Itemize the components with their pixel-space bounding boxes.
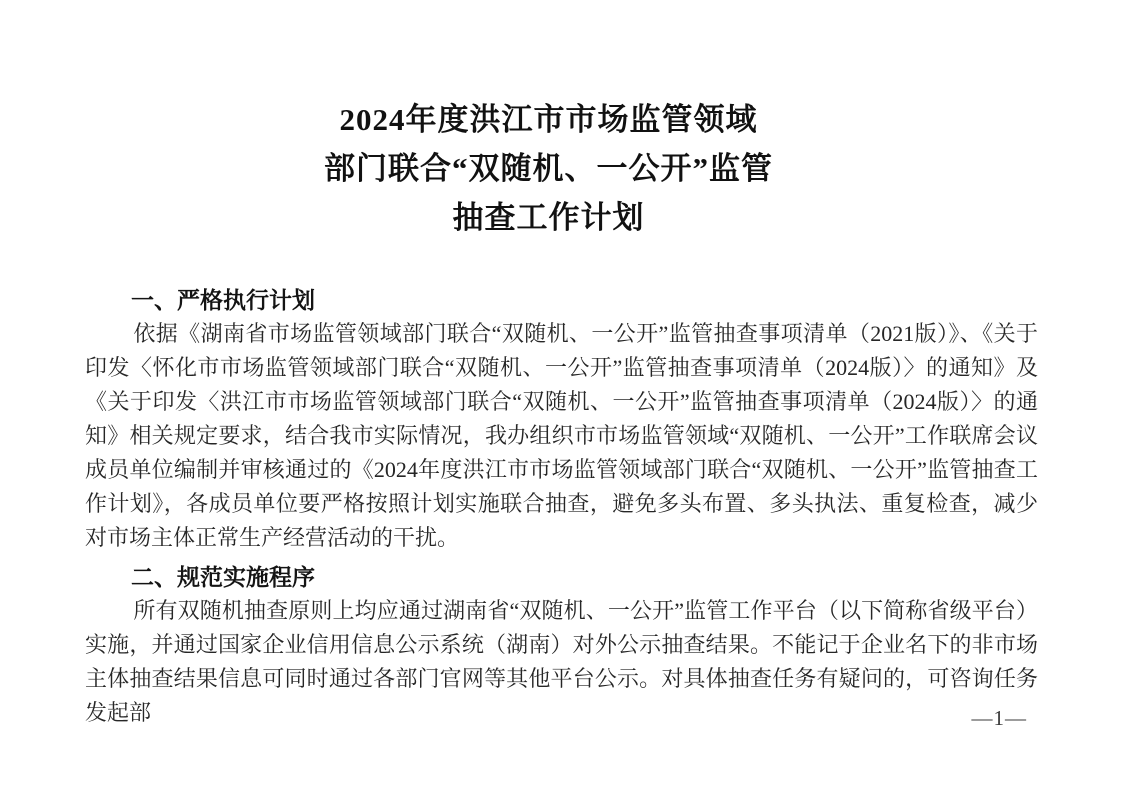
- page-number: —1—: [972, 706, 1028, 730]
- section-2-heading: 二、规范实施程序: [85, 560, 1038, 594]
- title-line-1: 2024年度洪江市市场监管领域: [85, 95, 1012, 144]
- page-footer: —1—: [972, 706, 1028, 731]
- document-body: 一、严格执行计划 依据《湖南省市场监管领域部门联合“双随机、一公开”监管抽查事项…: [85, 283, 1038, 730]
- section-2-paragraph: 所有双随机抽查原则上均应通过湖南省“双随机、一公开”监管工作平台（以下简称省级平…: [85, 594, 1038, 730]
- section-1-paragraph: 依据《湖南省市场监管领域部门联合“双随机、一公开”监管抽查事项清单（2021版）…: [85, 317, 1038, 555]
- section-1-heading: 一、严格执行计划: [85, 283, 1038, 317]
- document-page: 2024年度洪江市市场监管领域 部门联合“双随机、一公开”监管 抽查工作计划 一…: [0, 0, 1122, 793]
- title-line-2: 部门联合“双随机、一公开”监管: [85, 144, 1012, 193]
- document-title: 2024年度洪江市市场监管领域 部门联合“双随机、一公开”监管 抽查工作计划: [85, 95, 1038, 242]
- title-line-3: 抽查工作计划: [85, 193, 1012, 242]
